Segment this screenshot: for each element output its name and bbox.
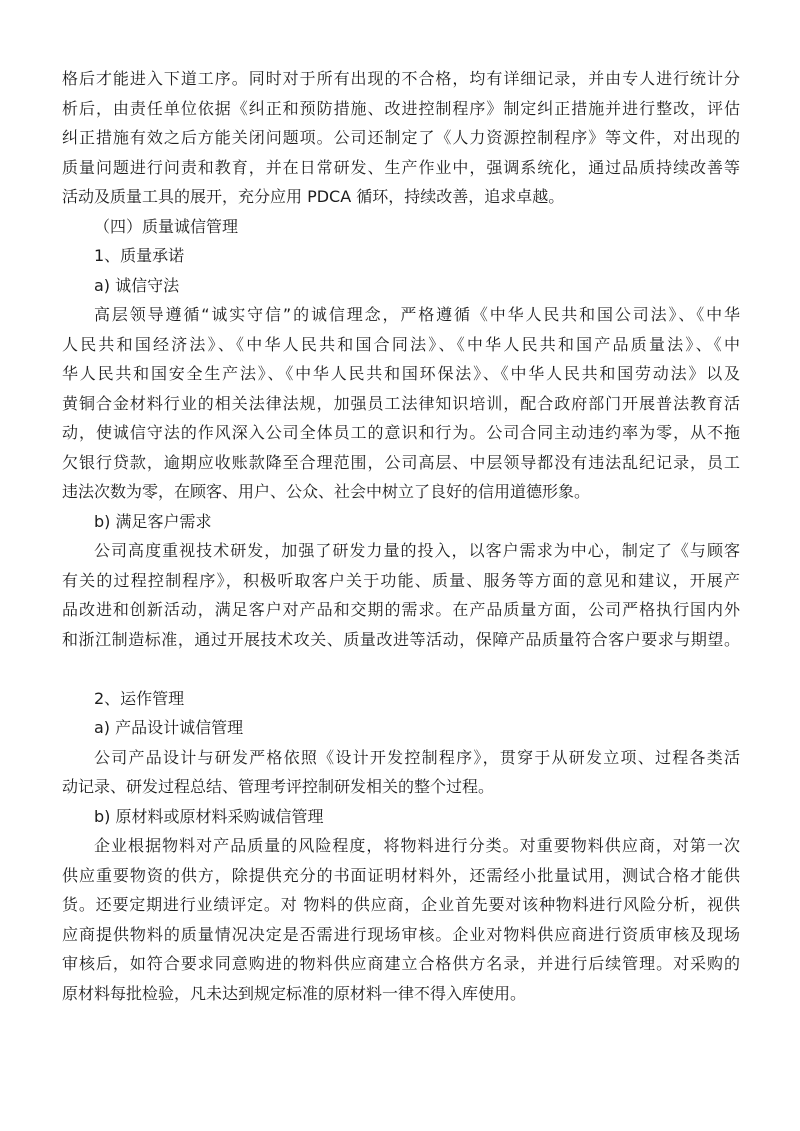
blank-line xyxy=(62,654,740,684)
paragraph-raw-material-procurement-line-2: 供应重要物资的供方，除提供充分的书面证明材料外，还需经小批量试用，测试合格才能供 xyxy=(62,861,740,891)
paragraph-nonconforming-control-line-5: 活动及质量工具的展开，充分应用 PDCA 循环，持续改善，追求卓越。 xyxy=(62,182,740,212)
paragraph-product-design-line-2: 动记录、研发过程总结、管理考评控制研发相关的整个过程。 xyxy=(62,772,740,802)
paragraph-nonconforming-control-line-2: 析后，由责任单位依据《纠正和预防措施、改进控制程序》制定纠正措施并进行整改，评估 xyxy=(62,94,740,124)
paragraph-raw-material-procurement-line-4: 应商提供物料的质量情况决定是否需进行现场审核。企业对物料供应商进行资质审核及现场 xyxy=(62,920,740,950)
paragraph-law-compliance-line-1: 高层领导遵循“诚实守信”的诚信理念，严格遵循《中华人民共和国公司法》、《中华 xyxy=(62,300,740,330)
paragraph-raw-material-procurement-line-6: 原材料每批检验，凡未达到规定标准的原材料一律不得入库使用。 xyxy=(62,979,740,1009)
paragraph-law-compliance-line-2: 人民共和国经济法》、《中华人民共和国合同法》、《中华人民共和国产品质量法》、《中 xyxy=(62,330,740,360)
paragraph-law-compliance-line-4: 黄铜合金材料行业的相关法律法规，加强员工法律知识培训，配合政府部门开展普法教育活 xyxy=(62,389,740,419)
paragraph-law-compliance-line-5: 动，使诚信守法的作风深入公司全体员工的意识和行为。公司合同主动违约率为零，从不拖 xyxy=(62,418,740,448)
heading-b-raw-material-procurement-integrity: b) 原材料或原材料采购诚信管理 xyxy=(62,802,740,832)
paragraph-law-compliance-line-3: 华人民共和国安全生产法》、《中华人民共和国环保法》、《中华人民共和国劳动法》以及 xyxy=(62,359,740,389)
document-page: { "page": { "background": "#ffffff", "te… xyxy=(0,0,800,1131)
paragraph-law-compliance-line-7: 违法次数为零，在顾客、用户、公众、社会中树立了良好的信用道德形象。 xyxy=(62,477,740,507)
paragraph-nonconforming-control-line-3: 纠正措施有效之后方能关闭问题项。公司还制定了《人力资源控制程序》等文件，对出现的 xyxy=(62,123,740,153)
paragraph-law-compliance-line-6: 欠银行贷款，逾期应收账款降至合理范围，公司高层、中层领导都没有违法乱纪记录，员工 xyxy=(62,448,740,478)
paragraph-raw-material-procurement-line-1: 企业根据物料对产品质量的风险程度，将物料进行分类。对重要物料供应商，对第一次 xyxy=(62,831,740,861)
heading-a-integrity-and-law: a) 诚信守法 xyxy=(62,271,740,301)
paragraph-nonconforming-control-line-4: 质量问题进行问责和教育，并在日常研发、生产作业中，强调系统化，通过品质持续改善等 xyxy=(62,153,740,183)
paragraph-product-design-line-1: 公司产品设计与研发严格依照《设计开发控制程序》，贯穿于从研发立项、过程各类活 xyxy=(62,743,740,773)
heading-1-quality-commitment: 1、质量承诺 xyxy=(62,241,740,271)
paragraph-nonconforming-control-line-1: 格后才能进入下道工序。同时对于所有出现的不合格，均有详细记录，并由专人进行统计分 xyxy=(62,64,740,94)
document-body: 格后才能进入下道工序。同时对于所有出现的不合格，均有详细记录，并由专人进行统计分… xyxy=(62,64,740,1008)
page-canvas: 格后才能进入下道工序。同时对于所有出现的不合格，均有详细记录，并由专人进行统计分… xyxy=(0,0,800,1131)
heading-2-operations-management: 2、运作管理 xyxy=(62,684,740,714)
heading-a-product-design-integrity: a) 产品设计诚信管理 xyxy=(62,713,740,743)
paragraph-customer-needs-line-4: 和浙江制造标准，通过开展技术攻关、质量改进等活动，保障产品质量符合客户要求与期望… xyxy=(62,625,740,655)
paragraph-customer-needs-line-1: 公司高度重视技术研发，加强了研发力量的投入，以客户需求为中心，制定了《与顾客 xyxy=(62,536,740,566)
heading-b-customer-needs: b) 满足客户需求 xyxy=(62,507,740,537)
paragraph-customer-needs-line-3: 品改进和创新活动，满足客户对产品和交期的需求。在产品质量方面，公司严格执行国内外 xyxy=(62,595,740,625)
paragraph-customer-needs-line-2: 有关的过程控制程序》，积极听取客户关于功能、质量、服务等方面的意见和建议，开展产 xyxy=(62,566,740,596)
paragraph-raw-material-procurement-line-5: 审核后，如符合要求同意购进的物料供应商建立合格供方名录，并进行后续管理。对采购的 xyxy=(62,949,740,979)
paragraph-raw-material-procurement-line-3: 货。还要定期进行业绩评定。对 物料的供应商，企业首先要对该种物料进行风险分析，视… xyxy=(62,890,740,920)
heading-section-4-quality-integrity: （四）质量诚信管理 xyxy=(62,212,740,242)
